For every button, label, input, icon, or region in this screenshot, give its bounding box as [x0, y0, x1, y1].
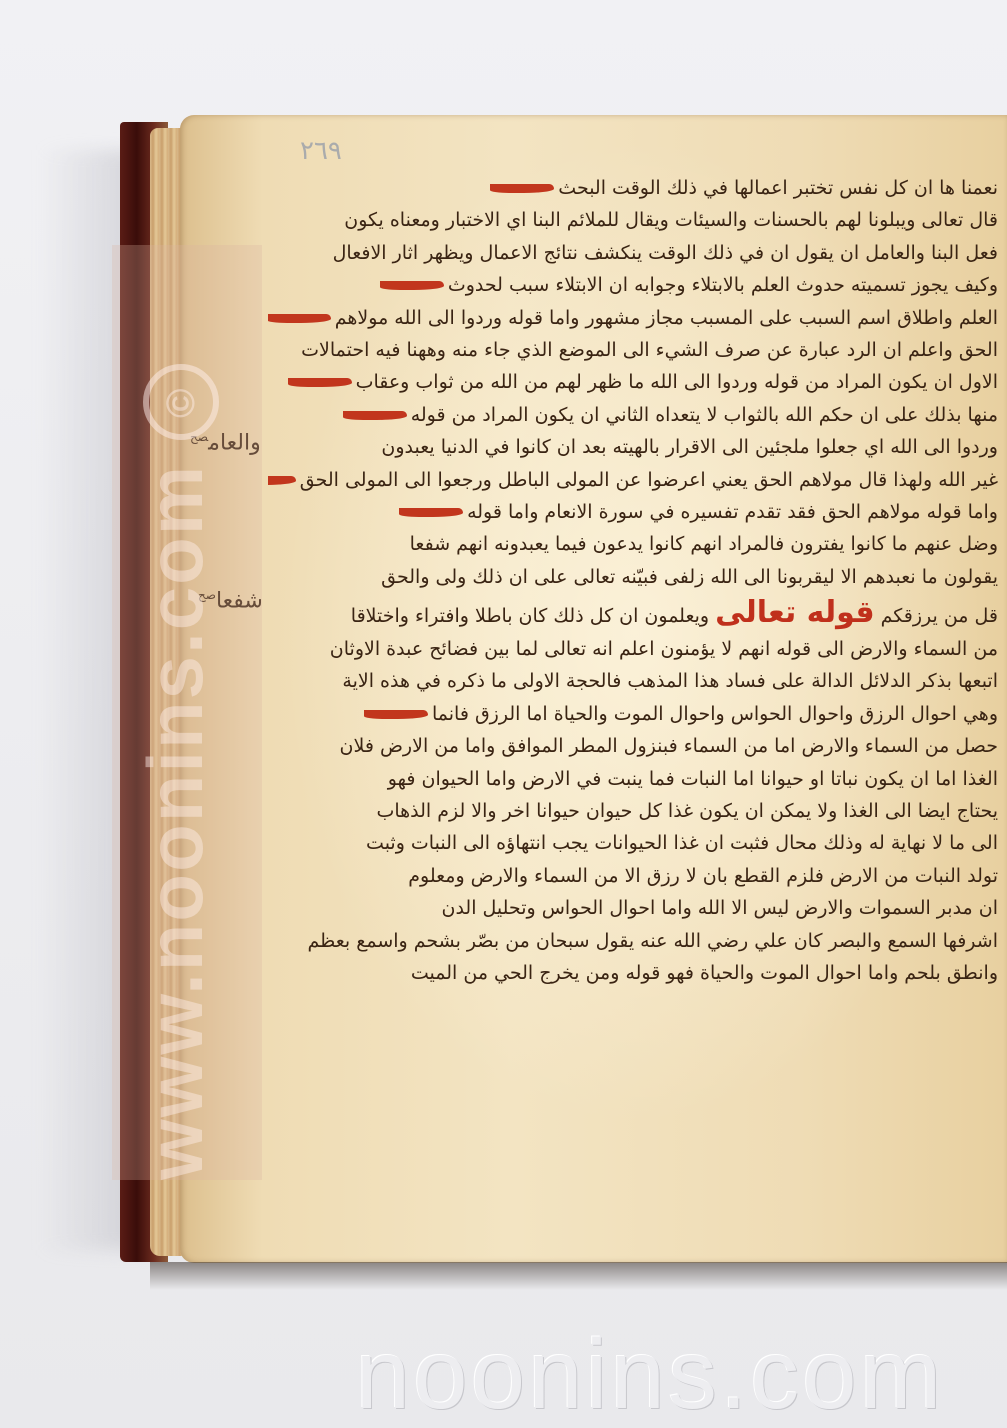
- text-line: من السماء والارض الى قوله انهم لا يؤمنون…: [268, 633, 998, 665]
- manuscript-text: نعمنا ها ان كل نفس تختبر اعمالها في ذلك …: [268, 172, 998, 989]
- text-line: حصل من السماء والارض اما من السماء فبنزو…: [268, 730, 998, 762]
- rubric-overline: [490, 184, 554, 193]
- text-line: وانطق بلحم واما احوال الموت والحياة فهو …: [268, 957, 998, 989]
- heading-continuation: قل من يرزقكم: [881, 605, 998, 627]
- text-line: ان مدبر السموات والارض ليس الا الله واما…: [268, 892, 998, 924]
- text-line: نعمنا ها ان كل نفس تختبر اعمالها في ذلك …: [268, 172, 998, 204]
- watermark-bottom: noonins.com: [340, 1318, 960, 1428]
- text-line: وردوا الى الله اي جعلوا ملجئين الى الاقر…: [268, 431, 998, 463]
- rubric-overline: [399, 508, 463, 517]
- rubric-overline: [380, 281, 444, 290]
- text-line: يحتاج ايضا الى الغذا ولا يمكن ان يكون غذ…: [268, 795, 998, 827]
- text-line: الحق واعلم ان الرد عبارة عن صرف الشيء ال…: [268, 334, 998, 366]
- text-line: اتبعها بذكر الدلائل الدالة على فساد هذا …: [268, 665, 998, 697]
- text-line: وضل عنهم ما كانوا يفترون فالمراد انهم كا…: [268, 528, 998, 560]
- text-line: الغذا اما ان يكون نباتا او حيوانا اما ال…: [268, 763, 998, 795]
- text-line: وهي احوال الرزق واحوال الحواس واحوال الم…: [268, 698, 998, 730]
- text-line: منها بذلك على ان حكم الله بالثواب لا يتع…: [268, 399, 998, 431]
- text-line: فعل البنا والعامل ان يقول ان في ذلك الوق…: [268, 237, 998, 269]
- text-line: وكيف يجوز تسميته حدوث العلم بالابتلاء وج…: [268, 269, 998, 301]
- rubric-overline: [364, 710, 428, 719]
- folio-number: ٢٦٩: [300, 136, 342, 166]
- text-line: الى ما لا نهاية له وذلك محال فثبت ان غذا…: [268, 827, 998, 859]
- text-line: قال تعالى ويبلونا لهم بالحسنات والسيئات …: [268, 204, 998, 236]
- rubric-overline: [343, 411, 407, 420]
- copyright-icon: ©: [143, 364, 219, 440]
- text-line: واما قوله مولاهم الحق فقد تقدم تفسيره في…: [268, 496, 998, 528]
- watermark-vertical: www.noonins.com ©: [130, 364, 221, 1180]
- text-line: اشرفها السمع والبصر كان علي رضي الله عنه…: [268, 925, 998, 957]
- rubric-heading: قوله تعالى: [715, 595, 874, 630]
- text-line: الاول ان يكون المراد من قوله وردوا الى ا…: [268, 366, 998, 398]
- page-bottom-shadow: [150, 1262, 1007, 1290]
- text-line: يقولون ما نعبدهم الا ليقربونا الى الله ز…: [268, 561, 998, 593]
- rubric-overline: [268, 314, 331, 323]
- text-line: غير الله ولهذا قال مولاهم الحق يعني اعرض…: [268, 464, 998, 496]
- text-line: العلم واطلاق اسم السبب على المسبب مجاز م…: [268, 302, 998, 334]
- heading-line: قل من يرزقكم قوله تعالى ويعلمون ان كل ذل…: [268, 593, 998, 633]
- text-line: تولد النبات من الارض فلزم القطع بان لا ر…: [268, 860, 998, 892]
- rubric-overline: [268, 476, 296, 485]
- rubric-overline: [288, 378, 352, 387]
